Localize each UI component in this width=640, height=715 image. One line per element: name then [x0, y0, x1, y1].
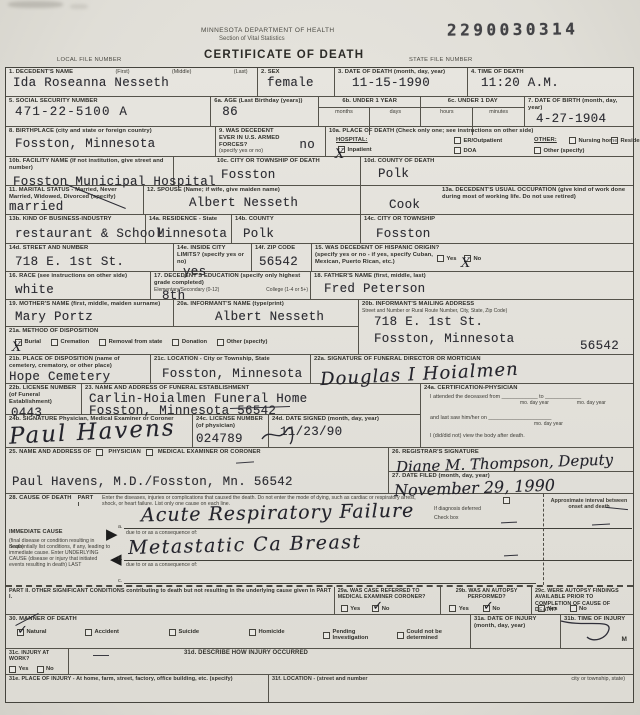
field-residence-state: 14a. RESIDENCE - State Minnesota	[146, 215, 232, 243]
field-label-right: city or township, state)	[571, 676, 625, 682]
section-title: Section of Vital Statistics	[219, 36, 285, 42]
checkbox-hispanic-yes: Yes	[437, 255, 457, 262]
checkbox-label: Natural	[27, 629, 47, 635]
checkbox-suicide: Suicide	[169, 629, 249, 636]
due-to-label-2: due to or as a consequence of:	[126, 562, 197, 568]
medical-examiner-option-label: MEDICAL EXAMINER OR CORONER	[158, 449, 261, 456]
checkbox-work-yes: Yes	[9, 666, 29, 673]
field-referred-to-me: 29a. WAS CASE REFERRED TO MEDICAL EXAMIN…	[335, 587, 442, 614]
yes-no-row: Yes No	[9, 666, 66, 673]
rows-9-10: 19. MOTHER'S NAME (first, middle, maiden…	[6, 300, 633, 355]
interval-column-divider	[543, 494, 544, 585]
sub-label-first: (First)	[115, 69, 129, 76]
field-value: no	[299, 138, 315, 152]
field-value: Fosston	[221, 168, 358, 182]
checkbox-label: No	[579, 606, 587, 612]
row-14: 25. NAME AND ADDRESS OF PHYSICIAN MEDICA…	[6, 448, 633, 494]
diagnosis-deferred: If diagnosis deferred Check box	[434, 497, 504, 521]
field-residence-city: 14c. CITY OR TOWNSHIP Fosston	[361, 215, 633, 243]
field-spouse: 12. SPOUSE (Name; if wife, give maiden n…	[144, 186, 361, 214]
field-place-of-death: 10a. PLACE OF DEATH (Check only one; see…	[326, 127, 633, 156]
field-value: 11/23/90	[280, 425, 418, 439]
certificate-form: 1. DECEDENT'S NAME (First) (Middle) (Las…	[5, 67, 634, 703]
rows-12-13: 22b. LICENSE NUMBER (of Funeral Establis…	[6, 384, 633, 448]
field-label: 4. TIME OF DEATH	[471, 69, 631, 76]
row-part2: PART II. OTHER SIGNIFICANT CONDITIONS co…	[6, 587, 633, 615]
field-value: Albert Nesseth	[189, 196, 358, 210]
field-label: 9. WAS DECEDENT EVER IN U.S. ARMED FORCE…	[219, 128, 289, 148]
checkbox-label: Yes	[19, 666, 29, 672]
row-registrar: 26. REGISTRAR'S SIGNATURE Diane M. Thomp…	[389, 448, 633, 472]
field-value: Ida Roseanna Nesseth	[13, 76, 255, 90]
checkbox-icon	[9, 666, 16, 673]
sub-label-middle: (Middle)	[172, 69, 191, 76]
field-value: Fosston, Minnesota	[15, 137, 213, 151]
row-2: 5. SOCIAL SECURITY NUMBER 471-22-5100 A …	[6, 97, 633, 127]
checkbox-icon	[454, 137, 461, 144]
row-7: 14d. STREET AND NUMBER 718 E. 1st St. 14…	[6, 244, 633, 272]
checkbox-icon	[534, 147, 541, 154]
row-13-left: 24b. SIGNATURE Physician, Medical Examin…	[6, 415, 420, 447]
field-date-of-birth: 7. DATE OF BIRTH (month, day, year) 4-27…	[525, 97, 633, 126]
local-file-number-label: LOCAL FILE NUMBER	[57, 57, 121, 63]
field-describe-injury: 31d. DESCRIBE HOW INJURY OCCURRED	[69, 649, 633, 674]
field-value: Polk	[243, 227, 358, 241]
checkbox-findings-yes: Yes	[538, 605, 558, 612]
checkbox-icon: ✓	[483, 605, 490, 612]
checkbox-label: Residence	[621, 138, 640, 144]
field-label: 30. MANNER OF DEATH	[9, 616, 468, 623]
field-label-row: 31f. LOCATION - (street and number city …	[272, 676, 631, 682]
checkbox-residence: Residence	[611, 137, 640, 144]
field-label: 21b. PLACE OF DISPOSITION (name of cemet…	[9, 356, 148, 370]
checkbox-icon: ✓	[17, 629, 24, 636]
field-value: white	[15, 283, 148, 297]
field-label: PART II. OTHER SIGNIFICANT CONDITIONS co…	[9, 588, 332, 601]
checkbox-burial: X Burial	[15, 339, 41, 346]
field-value: Fosston	[376, 227, 631, 241]
field-father-name: 18. FATHER'S NAME (first, middle, last) …	[311, 272, 633, 299]
checkbox-label: Donation	[182, 339, 207, 345]
field-value: 11-15-1990	[352, 76, 465, 90]
field-label: 6b. UNDER 1 YEAR	[319, 98, 421, 105]
checkbox-icon: ✓	[372, 605, 379, 612]
field-label: 3. DATE OF DEATH (month, day, year)	[338, 69, 465, 76]
field-value: Hope Cemetery	[9, 370, 148, 384]
field-value: Cook	[389, 198, 420, 212]
field-autopsy-performed: 29b. WAS AN AUTOPSY PERFORMED? Yes ✓ No	[441, 587, 532, 614]
writing-line-b	[124, 560, 632, 561]
certification-line3: I (did/did not) view the body after deat…	[430, 433, 631, 439]
field-label: 29a. WAS CASE REFERRED TO MEDICAL EXAMIN…	[338, 588, 439, 601]
checkbox-could-not-determine: Could not be determined	[397, 629, 451, 642]
field-date-filed: 27. DATE FILED (month, day, year) Novemb…	[389, 472, 633, 496]
field-label: 25. NAME AND ADDRESS OF	[9, 449, 91, 456]
field-label: 10d. COUNTY OF DEATH	[364, 158, 631, 165]
field-place-of-injury: 31e. PLACE OF INJURY - At home, farm, st…	[6, 675, 269, 702]
field-marital-status: 11. MARITAL STATUS - Married, Never Marr…	[6, 186, 144, 214]
checkbox-hispanic-no: X No	[464, 255, 481, 262]
field-label: 20a. INFORMANT'S NAME (type/print)	[177, 301, 356, 308]
field-birthplace: 8. BIRTHPLACE (city and state or foreign…	[6, 127, 216, 156]
field-label: 14e. INSIDE CITY LIMITS? (specify yes or…	[177, 245, 249, 265]
checkbox-autopsy-yes: Yes	[449, 605, 469, 612]
field-date-of-injury: 31a. DATE OF INJURY (month, day, year)	[471, 615, 561, 648]
sub-label: Street and Number or Rural Route Number,…	[362, 308, 631, 314]
pen-stroke	[236, 461, 254, 463]
field-value: Fred Peterson	[324, 282, 631, 296]
arrow-right-icon: ▶	[106, 527, 118, 542]
checkbox-removal: Removal from state	[99, 339, 162, 346]
row-cause-of-death: 28. CAUSE OF DEATH PART I Enter the dise…	[6, 494, 633, 587]
field-informant-name: 20a. INFORMANT'S NAME (type/print) Alber…	[174, 300, 358, 326]
pen-squiggle	[559, 617, 619, 645]
checkbox-inpatient: X Inpatient	[338, 146, 372, 153]
field-value: female	[267, 76, 332, 90]
field-label: 22b. LICENSE NUMBER (of Funeral Establis…	[9, 385, 79, 405]
field-value: 56542	[259, 255, 309, 269]
field-value: 11:20 A.M.	[481, 76, 631, 90]
field-value: 718 E. 1st St.	[15, 255, 171, 269]
checkbox-homicide: Homicide	[249, 629, 323, 636]
field-value-line2: Fosston, Minnesota	[374, 332, 514, 346]
checkbox-er-outpatient: ER/Outpatient	[454, 137, 502, 144]
checkbox-doa: DOA	[454, 147, 476, 154]
field-label: 24c. LICENSE NUMBER (of physician)	[196, 416, 266, 430]
checkbox-icon	[169, 629, 176, 636]
checkbox-label: Yes	[459, 606, 469, 612]
field-under-1-year: 6b. UNDER 1 YEAR months days	[319, 97, 422, 126]
sub-label-college: College (1-4 or 5+)	[266, 287, 308, 293]
handwritten-dash	[501, 522, 517, 524]
other-group-label: OTHER:	[534, 137, 557, 144]
row-injury-at-work: 31c. INJURY AT WORK? Yes No 31d. DESCRIB…	[6, 649, 633, 675]
field-label: 6a. AGE (Last Birthday (years))	[214, 98, 316, 105]
field-label: 14d. STREET AND NUMBER	[9, 245, 171, 252]
checkbox-label: DOA	[464, 148, 477, 154]
field-date-signed: 24d. DATE SIGNED (month, day, year) 11/2…	[269, 415, 420, 447]
checkbox-label: Could not be determined	[407, 629, 451, 642]
writing-line-c	[124, 583, 536, 584]
field-method-of-disposition: 21a. METHOD OF DISPOSITION X Burial Crem…	[6, 327, 358, 354]
checkbox-label: Yes	[548, 606, 558, 612]
field-value-line1: 718 E. 1st St.	[374, 315, 631, 329]
field-manner-of-death: 30. MANNER OF DEATH ✓ Natural Accident S…	[6, 615, 471, 648]
state-file-number-stamp: 2290030314	[447, 19, 579, 39]
field-value: 4-27-1904	[536, 112, 631, 126]
field-label: 8. BIRTHPLACE (city and state or foreign…	[9, 128, 213, 135]
underlying-cause-label: Sequentially list conditions, if any, le…	[9, 544, 113, 568]
field-label: 7. DATE OF BIRTH (month, day, year)	[528, 98, 631, 112]
field-cause-of-death: 28. CAUSE OF DEATH PART I Enter the dise…	[6, 494, 633, 585]
deferred-label-line1: If diagnosis deferred	[434, 506, 481, 512]
left-stack: 22b. LICENSE NUMBER (of Funeral Establis…	[6, 384, 421, 447]
checkbox-autopsy-no: ✓ No	[483, 605, 500, 612]
field-value: 471-22-5100 A	[15, 105, 208, 119]
deferred-label-line2: Check box	[434, 515, 504, 521]
field-label: 19. MOTHER'S NAME (first, middle, maiden…	[9, 301, 171, 308]
units-label: mo. day year	[534, 421, 631, 427]
scan-artifact	[8, 1, 63, 8]
checkbox-label: Other (specify)	[227, 339, 268, 345]
checkbox-icon: X	[338, 146, 345, 153]
immediate-cause-title: IMMEDIATE CAUSE	[9, 529, 63, 535]
field-age: 6a. AGE (Last Birthday (years)) 86	[211, 97, 319, 126]
checkbox-icon	[51, 339, 58, 346]
checkbox-label: ER/Outpatient	[464, 138, 503, 144]
right-stack: 26. REGISTRAR'S SIGNATURE Diane M. Thomp…	[389, 448, 633, 493]
checkbox-other-disposition: Other (specify)	[217, 339, 267, 346]
field-label: 18. FATHER'S NAME (first, middle, last)	[314, 273, 631, 280]
hospital-group-label: HOSPITAL:	[336, 137, 368, 144]
field-label: 2. SEX	[261, 69, 332, 76]
field-inside-city-limits: 14e. INSIDE CITY LIMITS? (specify yes or…	[174, 244, 252, 271]
row-11: 21b. PLACE OF DISPOSITION (name of cemet…	[6, 355, 633, 384]
field-value: 024789	[196, 432, 266, 446]
check-mark: X	[12, 340, 21, 355]
field-time-of-injury: 31b. TIME OF INJURY M	[561, 615, 633, 648]
medical-examiner-checkbox-icon	[146, 449, 153, 456]
checkbox-label: Pending Investigation	[333, 629, 375, 642]
field-value: Polk	[378, 167, 631, 181]
units-label: mo. day year	[520, 400, 549, 406]
checkbox-label: Cremation	[60, 339, 89, 345]
checkbox-label: Suicide	[179, 629, 200, 635]
checkbox-label: Burial	[25, 339, 41, 345]
checkbox-findings-no: No	[570, 605, 587, 612]
row-place-of-injury: 31e. PLACE OF INJURY - At home, farm, st…	[6, 675, 633, 702]
checkbox-icon	[85, 629, 92, 636]
checkbox-label: Removal from state	[109, 339, 163, 345]
checkbox-label: Inpatient	[348, 147, 372, 153]
field-label: 24d. DATE SIGNED (month, day, year)	[272, 416, 418, 423]
deferred-checkbox-icon	[503, 497, 510, 504]
field-label: 10b. FACILITY NAME (If not institution, …	[9, 158, 171, 172]
row-8: 16. RACE (see instructions on other side…	[6, 272, 633, 300]
field-value: Fosston, Minnesota	[162, 367, 308, 381]
checkbox-accident: Accident	[85, 629, 169, 636]
yes-no-row: Yes ✓ No	[341, 605, 390, 612]
row-10-left: 21a. METHOD OF DISPOSITION X Burial Crem…	[6, 327, 358, 354]
field-label: 14a. RESIDENCE - State	[149, 216, 229, 223]
handwritten-dash	[504, 555, 518, 557]
field-label: 11. MARITAL STATUS - Married, Never Marr…	[9, 187, 141, 201]
cause-line-b-value: Metastatic Ca Breast	[128, 531, 362, 559]
scan-artifact	[70, 4, 88, 9]
field-value: restaurant & School	[15, 227, 143, 241]
field-decedent-name: 1. DECEDENT'S NAME (First) (Middle) (Las…	[6, 68, 258, 96]
field-label: 23. NAME AND ADDRESS OF FUNERAL ESTABLIS…	[85, 385, 418, 392]
meridiem-label: M	[621, 636, 627, 644]
manner-options: ✓ Natural Accident Suicide Homicide	[17, 629, 468, 642]
sub-label-last: (Last)	[234, 69, 248, 76]
row-12-left: 22b. LICENSE NUMBER (of Funeral Establis…	[6, 384, 420, 415]
field-value-line3: 56542	[580, 339, 619, 353]
field-funeral-director-signature: 22a. SIGNATURE OF FUNERAL DIRECTOR OR MO…	[311, 355, 633, 383]
checkbox-icon	[172, 339, 179, 346]
row-1: 1. DECEDENT'S NAME (First) (Middle) (Las…	[6, 68, 633, 97]
field-injury-location: 31f. LOCATION - (street and number city …	[269, 675, 633, 702]
yes-no-row: Yes No	[538, 605, 587, 612]
field-physician-name-address: 25. NAME AND ADDRESS OF PHYSICIAN MEDICA…	[6, 448, 389, 493]
checkbox-label: Homicide	[259, 629, 285, 635]
checkbox-label: Accident	[95, 629, 119, 635]
field-label: 14b. COUNTY	[235, 216, 358, 223]
field-label: 6c. UNDER 1 DAY	[421, 98, 524, 105]
field-label: 16. RACE (see instructions on other side…	[9, 273, 148, 280]
checkbox-icon	[249, 629, 256, 636]
field-label: 5. SOCIAL SECURITY NUMBER	[9, 98, 208, 105]
field-funeral-establishment: 23. NAME AND ADDRESS OF FUNERAL ESTABLIS…	[82, 384, 420, 414]
left-stack: 19. MOTHER'S NAME (first, middle, maiden…	[6, 300, 359, 354]
checkbox-cremation: Cremation	[51, 339, 89, 346]
field-autopsy-findings: 29c. WERE AUTOPSY FINDINGS AVAILABLE PRI…	[532, 587, 633, 614]
part1-label: PART I	[78, 495, 96, 509]
field-label: 24a. CERTIFICATION-PHYSICIAN	[424, 385, 631, 392]
field-time-of-death: 4. TIME OF DEATH 11:20 A.M.	[468, 68, 633, 96]
checkbox-referred-yes: Yes	[341, 605, 361, 612]
units-row: mo. day year mo. day year	[520, 400, 631, 406]
handwritten-dash	[592, 524, 610, 526]
disposition-options: X Burial Cremation Removal from state	[15, 339, 356, 346]
checkbox-work-no: No	[37, 666, 54, 673]
field-date-of-death: 3. DATE OF DEATH (month, day, year) 11-1…	[335, 68, 468, 96]
yes-no-row: Yes ✓ No	[449, 605, 500, 612]
checkbox-icon	[449, 605, 456, 612]
line-c-prefix: c.	[118, 578, 122, 584]
field-value: 86	[222, 105, 316, 119]
field-disposition-location: 21c. LOCATION - City or Township, State …	[151, 355, 311, 383]
checkbox-icon: X	[464, 255, 471, 262]
row-6: 13b. KIND OF BUSINESS-INDUSTRY restauran…	[6, 215, 633, 244]
field-informant-address: 20b. INFORMANT'S MAILING ADDRESS Street …	[359, 300, 633, 354]
checkbox-icon	[217, 339, 224, 346]
field-other-significant-conditions: PART II. OTHER SIGNIFICANT CONDITIONS co…	[6, 587, 335, 614]
field-value: Fosston Municipal Hospital	[13, 175, 171, 189]
check-mark: ✓	[483, 599, 494, 614]
row-3: 8. BIRTHPLACE (city and state or foreign…	[6, 127, 633, 157]
field-label: 14f. ZIP CODE	[255, 245, 309, 252]
field-label: 21a. METHOD OF DISPOSITION	[9, 328, 356, 335]
row-4: 10b. FACILITY NAME (If not institution, …	[6, 157, 633, 186]
checkbox-icon	[611, 137, 618, 144]
field-hispanic-origin: 15. WAS DECEDENT OF HISPANIC ORIGIN? (sp…	[312, 244, 633, 271]
field-label: 10a. PLACE OF DEATH (Check only one; see…	[329, 128, 631, 135]
field-certification-physician: 24a. CERTIFICATION-PHYSICIAN I attended …	[421, 384, 633, 447]
certificate-title: CERTIFICATE OF DEATH	[204, 49, 364, 61]
field-injury-at-work: 31c. INJURY AT WORK? Yes No	[6, 649, 69, 674]
field-registrar-signature: 26. REGISTRAR'S SIGNATURE Diane M. Thomp…	[389, 448, 633, 471]
checkbox-icon: X	[15, 339, 22, 346]
checkbox-icon	[569, 137, 576, 144]
field-place-of-disposition: 21b. PLACE OF DISPOSITION (name of cemet…	[6, 355, 151, 383]
checkbox-label: Other (specify)	[544, 148, 585, 154]
checkbox-other-specify: Other (specify)	[534, 147, 584, 154]
field-street-number: 14d. STREET AND NUMBER 718 E. 1st St.	[6, 244, 174, 271]
row-9-left: 19. MOTHER'S NAME (first, middle, maiden…	[6, 300, 358, 327]
checkbox-label: No	[46, 666, 54, 672]
state-file-number-label: STATE FILE NUMBER	[409, 57, 473, 63]
field-label: 31e. PLACE OF INJURY - At home, farm, st…	[9, 676, 266, 682]
field-label: 28. CAUSE OF DEATH	[9, 495, 72, 509]
checkbox-icon	[454, 147, 461, 154]
field-label: 21c. LOCATION - City or Township, State	[154, 356, 308, 363]
field-label: 14c. CITY OR TOWNSHIP	[364, 216, 631, 223]
field-label: 31f. LOCATION - (street and number	[272, 676, 368, 682]
pen-stroke	[93, 655, 109, 656]
row-5: 11. MARITAL STATUS - Married, Never Marr…	[6, 186, 633, 215]
checkbox-icon	[570, 605, 577, 612]
check-mark: ✓	[17, 623, 28, 638]
checkbox-icon	[437, 255, 444, 262]
checkbox-icon	[37, 666, 44, 673]
field-label: 13b. KIND OF BUSINESS-INDUSTRY	[9, 216, 143, 223]
field-education: 17. DECEDENT'S EDUCATION (specify only h…	[151, 272, 311, 299]
field-zip-code: 14f. ZIP CODE 56542	[252, 244, 312, 271]
department-title: MINNESOTA DEPARTMENT OF HEALTH	[201, 27, 334, 34]
field-sex: 2. SEX female	[258, 68, 335, 96]
field-label: 10c. CITY OR TOWNSHIP OF DEATH	[217, 158, 358, 165]
field-occupation: 13a. DECEDENT'S USUAL OCCUPATION (give k…	[361, 186, 633, 214]
checkbox-label: Yes	[350, 606, 360, 612]
checkbox-icon	[323, 632, 330, 639]
death-certificate-scan: MINNESOTA DEPARTMENT OF HEALTH Section o…	[0, 0, 640, 715]
checkbox-pending-investigation: Pending Investigation	[323, 629, 397, 642]
field-facility-name: 10b. FACILITY NAME (If not institution, …	[6, 157, 174, 185]
field-ssn: 5. SOCIAL SECURITY NUMBER 471-22-5100 A	[6, 97, 211, 126]
field-value: Albert Nesseth	[215, 310, 356, 324]
field-establishment-license: 22b. LICENSE NUMBER (of Funeral Establis…	[6, 384, 82, 414]
field-value: Paul Havens, M.D./Fosston, Mn. 56542	[12, 475, 293, 489]
field-label: 17. DECEDENT'S EDUCATION (specify only h…	[154, 273, 308, 287]
field-race: 16. RACE (see instructions on other side…	[6, 272, 151, 299]
field-county-of-death: 10d. COUNTY OF DEATH Polk	[361, 157, 633, 185]
field-label: 13a. DECEDENT'S USUAL OCCUPATION (give k…	[442, 187, 627, 201]
line-b-prefix: b.	[118, 556, 123, 562]
line-a-prefix: a.	[118, 524, 123, 530]
field-label: 15. WAS DECEDENT OF HISPANIC ORIGIN? (sp…	[315, 245, 443, 265]
checkbox-icon	[341, 605, 348, 612]
checkbox-natural: ✓ Natural	[17, 629, 85, 636]
units-label: mo. day year	[577, 400, 606, 406]
field-value: Mary Portz	[15, 310, 171, 324]
field-label: 31a. DATE OF INJURY (month, day, year)	[474, 616, 558, 630]
field-under-1-day: 6c. UNDER 1 DAY hours minutes	[421, 97, 525, 126]
checkbox-label: No	[474, 256, 482, 262]
physician-checkbox-icon	[96, 449, 103, 456]
checkbox-icon	[99, 339, 106, 346]
cause-line-a-value: Acute Respiratory Failure	[141, 500, 415, 527]
checkbox-referred-no: ✓ No	[372, 605, 389, 612]
field-label: 1. DECEDENT'S NAME	[9, 69, 73, 76]
field-armed-forces: 9. WAS DECEDENT EVER IN U.S. ARMED FORCE…	[216, 127, 326, 156]
checkbox-icon	[538, 605, 545, 612]
row-manner-of-death: 30. MANNER OF DEATH ✓ Natural Accident S…	[6, 615, 633, 649]
field-label-row: 25. NAME AND ADDRESS OF PHYSICIAN MEDICA…	[9, 449, 386, 456]
field-value: Minnesota	[157, 227, 229, 241]
field-label: 31c. INJURY AT WORK?	[9, 650, 66, 663]
field-physician-license: 24c. LICENSE NUMBER (of physician) 02478…	[193, 415, 269, 447]
writing-line-a	[124, 528, 632, 529]
physician-option-label: PHYSICIAN	[108, 449, 140, 456]
field-label-row: 1. DECEDENT'S NAME (First) (Middle) (Las…	[9, 69, 248, 76]
checkbox-label: Yes	[447, 256, 457, 262]
field-label: 31d. DESCRIBE HOW INJURY OCCURRED	[184, 650, 631, 657]
field-mother-name: 19. MOTHER'S NAME (first, middle, maiden…	[6, 300, 174, 326]
checkbox-donation: Donation	[172, 339, 207, 346]
field-physician-signature: 24b. SIGNATURE Physician, Medical Examin…	[6, 415, 193, 447]
check-mark: X	[461, 256, 470, 271]
